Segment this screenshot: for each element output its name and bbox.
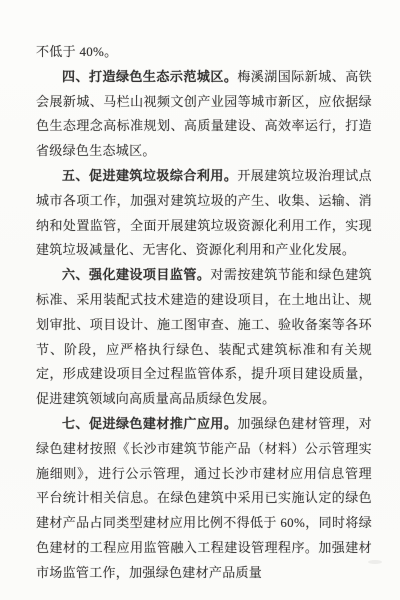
scanned-document-page: 不低于 40%。 四、打造绿色生态示范城区。梅溪湖国际新城、高铁会展新城、马栏山… [0,0,400,600]
section-4-heading: 四、打造绿色生态示范城区。 [62,69,237,84]
document-body: 不低于 40%。 四、打造绿色生态示范城区。梅溪湖国际新城、高铁会展新城、马栏山… [36,40,372,586]
section-5-heading: 五、促进建筑垃圾综合利用。 [62,168,237,183]
section-4-paragraph: 四、打造绿色生态示范城区。梅溪湖国际新城、高铁会展新城、马栏山视频文创产业园等城… [36,65,372,164]
section-5-paragraph: 五、促进建筑垃圾综合利用。开展建筑垃圾治理试点城市各项工作，加强对建筑垃圾的产生… [36,164,372,263]
section-6-paragraph: 六、强化建设项目监管。对需按建筑节能和绿色建筑标准、采用装配式技术建造的建设项目… [36,263,372,412]
section-7-heading: 七、促进绿色建材推广应用。 [62,416,237,431]
section-6-body: 对需按建筑节能和绿色建筑标准、采用装配式技术建造的建设项目，在土地出让、规划审批… [36,267,372,406]
continuation-text: 不低于 40%。 [36,44,117,59]
paragraph-continuation: 不低于 40%。 [36,40,372,65]
section-7-body: 加强绿色建材管理，对绿色建材按照《长沙市建筑节能产品（材料）公示管理实施细则》，… [36,416,372,580]
scan-artifact [368,560,382,564]
section-7-paragraph: 七、促进绿色建材推广应用。加强绿色建材管理，对绿色建材按照《长沙市建筑节能产品（… [36,412,372,586]
section-6-heading: 六、强化建设项目监管。 [62,267,210,282]
